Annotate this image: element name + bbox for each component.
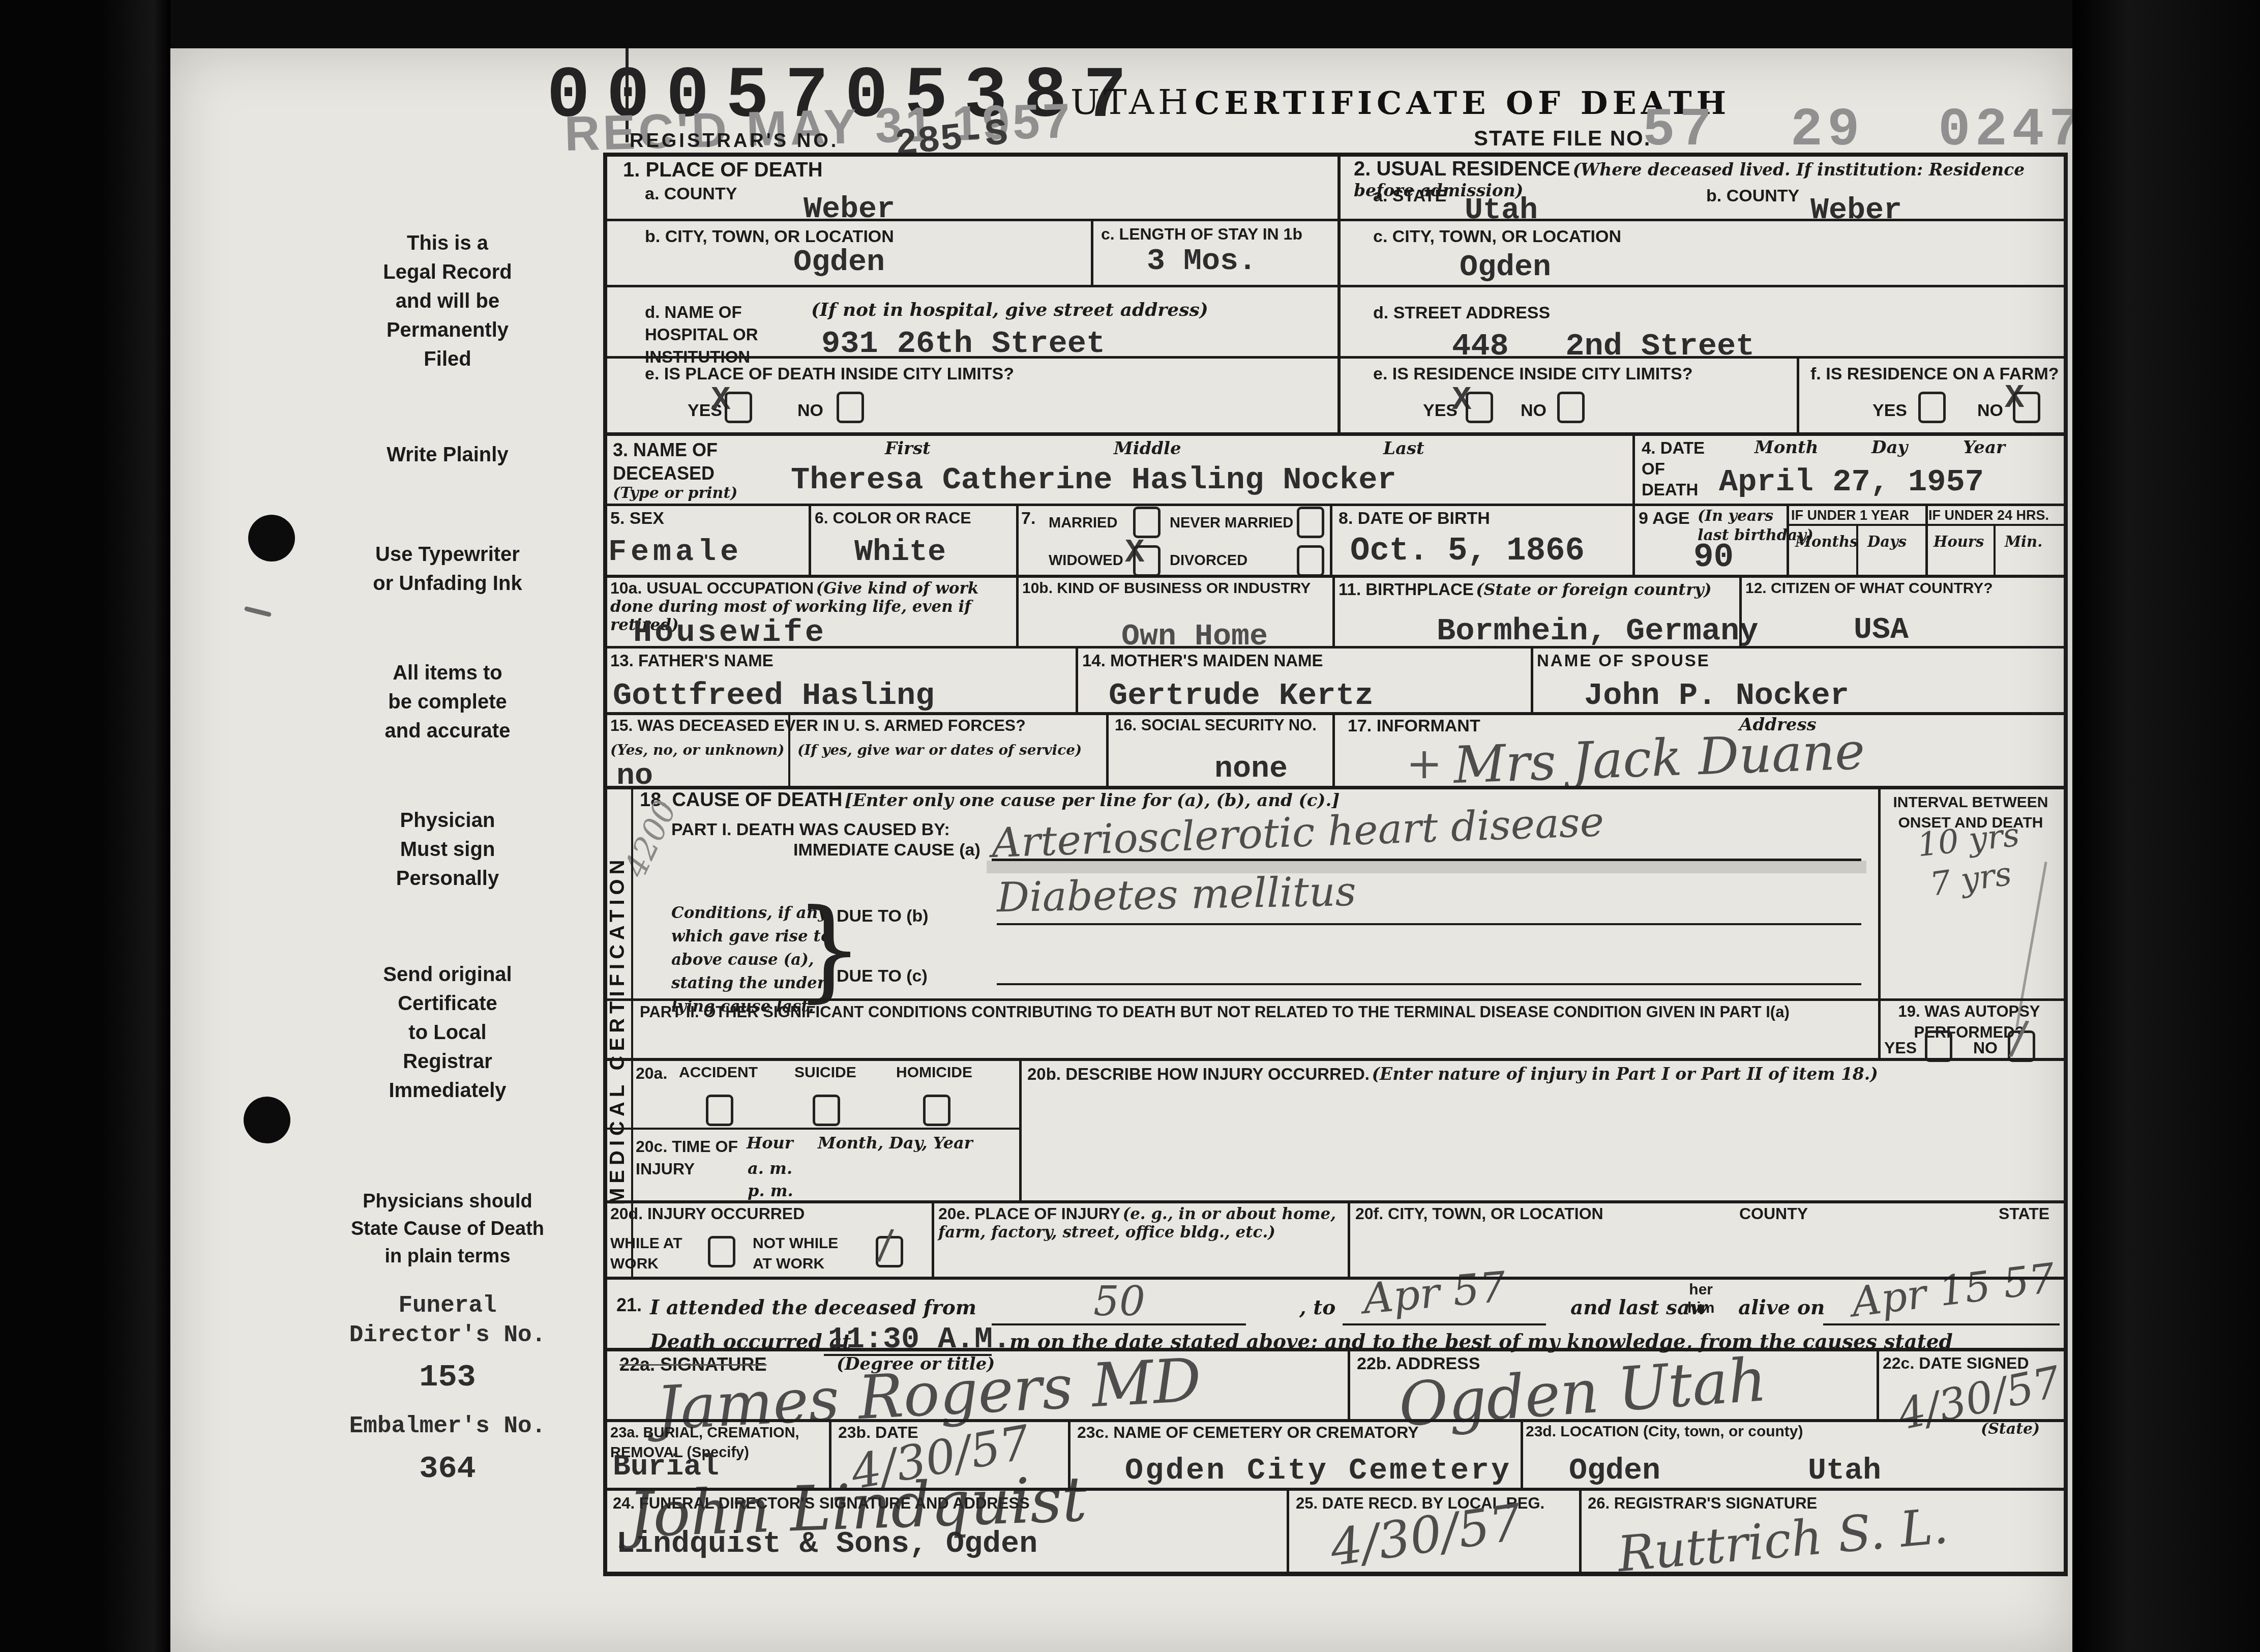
state-file-no-value: 57 29 0247 bbox=[1643, 100, 2086, 161]
s20b-note: (Enter nature of injury in Part I or Par… bbox=[1372, 1064, 1878, 1084]
s3-note: (Type or print) bbox=[613, 484, 737, 502]
s13-value: Gottfreed Hasling bbox=[613, 677, 935, 714]
grid-line bbox=[603, 1348, 2068, 1351]
s20c-am-label: a. m. bbox=[748, 1159, 792, 1178]
scanned-death-certificate: 0005705387 REC'D MAY 31 1957 REGISTRAR'S… bbox=[0, 0, 2260, 1652]
grid-line bbox=[1632, 504, 1635, 575]
s20d-notwhile-label: NOT WHILE AT WORK bbox=[753, 1233, 838, 1274]
margin-note-typewriter: Use Typewriter or Unfading Ink bbox=[305, 540, 590, 598]
scanner-border-left bbox=[0, 0, 170, 1652]
funeral-directors-no-value: 153 bbox=[290, 1359, 605, 1395]
s7-married-label: MARRIED bbox=[1049, 515, 1117, 532]
s10a-value: Housewife bbox=[633, 614, 826, 651]
s9-under1yr-label: IF UNDER 1 YEAR bbox=[1791, 508, 1909, 523]
spouse-label: NAME OF SPOUSE bbox=[1537, 651, 1710, 670]
s2b-label: b. COUNTY bbox=[1706, 186, 1799, 206]
grid-line bbox=[1106, 712, 1109, 786]
s7-widowed-checkbox bbox=[1133, 545, 1161, 577]
margin-note-complete: All items to be complete and accurate bbox=[305, 659, 590, 746]
grid-line bbox=[1016, 504, 1019, 575]
margin-note-write-plainly: Write Plainly bbox=[305, 444, 590, 466]
grid-line bbox=[1348, 1348, 1350, 1419]
s21-him-label: him bbox=[1687, 1299, 1714, 1317]
s9-hours-label: Hours bbox=[1934, 533, 1984, 550]
s11-label-block: 11. BIRTHPLACE (State or foreign country… bbox=[1339, 580, 1735, 599]
s11-label: 11. BIRTHPLACE bbox=[1339, 580, 1474, 599]
s11-value: Bormhein, Germany bbox=[1437, 613, 1759, 649]
s18-part1-label: PART I. DEATH WAS CAUSED BY: bbox=[671, 820, 950, 840]
grid-line bbox=[603, 1277, 2068, 1280]
s2d-value: 448 2nd Street bbox=[1452, 328, 1755, 364]
embalmers-no-value: 364 bbox=[290, 1451, 605, 1487]
hole-punch bbox=[244, 1097, 290, 1143]
grid-line bbox=[1579, 1488, 1582, 1572]
grid-line bbox=[603, 1200, 2068, 1203]
grid-line bbox=[1531, 646, 1533, 712]
s1e-yes-checkbox bbox=[725, 392, 752, 423]
s23d-label: 23d. LOCATION (City, town, or county) bbox=[1526, 1423, 1803, 1440]
grid-line bbox=[829, 1419, 831, 1488]
grid-line bbox=[809, 504, 811, 575]
s26-label: 26. REGISTRAR'S SIGNATURE bbox=[1588, 1494, 1817, 1513]
s20f-county-label: COUNTY bbox=[1739, 1204, 1808, 1223]
s15-note2: (If yes, give war or dates of service) bbox=[797, 742, 1082, 758]
grid-line bbox=[1877, 1348, 1879, 1419]
registrar-no-label: REGISTRAR'S NO. bbox=[630, 130, 839, 152]
s20e-label: 20e. PLACE OF INJURY bbox=[938, 1204, 1120, 1223]
margin-note-plain-terms: Physicians should State Cause of Death i… bbox=[290, 1188, 605, 1270]
s9-days-label: Days bbox=[1867, 533, 1907, 550]
s20e-label-block: 20e. PLACE OF INJURY (e. g., in or about… bbox=[938, 1204, 1340, 1242]
s3-first-label: First bbox=[885, 438, 931, 459]
s12-value: USA bbox=[1854, 613, 1909, 647]
s2f-no-checkbox bbox=[2013, 392, 2040, 423]
s1b-value: Ogden bbox=[793, 245, 885, 280]
s2e-no-label: NO bbox=[1521, 401, 1547, 421]
cause-a-underline bbox=[992, 859, 1861, 861]
s2c-value: Ogden bbox=[1460, 250, 1551, 285]
s2d-label: d. STREET ADDRESS bbox=[1373, 303, 1550, 323]
scanner-border-top bbox=[0, 0, 2260, 48]
s10a-label: 10a. USUAL OCCUPATION bbox=[610, 579, 814, 597]
grid-line bbox=[605, 1128, 1019, 1130]
grid-line bbox=[1068, 1419, 1070, 1488]
s20d-while-label: WHILE AT WORK bbox=[610, 1233, 682, 1274]
grid-line bbox=[605, 504, 2065, 506]
due-c-underline bbox=[997, 983, 1861, 985]
s9-under24-label: IF UNDER 24 HRS. bbox=[1928, 508, 2049, 523]
s20a-accident-label: ACCIDENT bbox=[679, 1064, 758, 1081]
grid-line bbox=[1337, 153, 1341, 432]
s5-label: 5. SEX bbox=[610, 509, 664, 528]
s12-label: 12. CITIZEN OF WHAT COUNTRY? bbox=[1745, 580, 1993, 597]
grid-line bbox=[1878, 786, 1881, 1058]
margin-note-send-original: Send original Certificate to Local Regis… bbox=[305, 960, 590, 1105]
grid-line bbox=[1332, 712, 1335, 786]
s1b-label: b. CITY, TOWN, OR LOCATION bbox=[645, 227, 894, 247]
s19-yes-label: YES bbox=[1884, 1039, 1917, 1057]
s1e-no-label: NO bbox=[797, 401, 823, 421]
grid-line bbox=[605, 998, 2065, 1001]
state-file-no-label: STATE FILE NO. bbox=[1474, 126, 1651, 151]
grid-line bbox=[1287, 1488, 1289, 1572]
s23d-city-value: Ogden bbox=[1569, 1454, 1660, 1488]
grid-line bbox=[605, 219, 2065, 221]
s2f-yes-checkbox bbox=[1918, 392, 1946, 423]
s16-label: 16. SOCIAL SECURITY NO. bbox=[1115, 716, 1317, 734]
s7-divorced-label: DIVORCED bbox=[1170, 552, 1247, 569]
grid-line bbox=[1787, 504, 1789, 575]
due-b-underline bbox=[997, 923, 1861, 925]
grid-line bbox=[1994, 524, 1996, 575]
s6-label: 6. COLOR OR RACE bbox=[815, 509, 971, 527]
grid-line bbox=[1521, 1419, 1523, 1488]
s4-value: April 27, 1957 bbox=[1719, 464, 1984, 500]
grid-line bbox=[1332, 575, 1335, 646]
grid-line bbox=[932, 1200, 934, 1277]
grid-line bbox=[603, 1058, 2068, 1061]
grid-line bbox=[1797, 356, 1799, 432]
s20f-state-label: STATE bbox=[1999, 1204, 2049, 1223]
grid-line bbox=[2064, 153, 2068, 1572]
s20a-homicide-label: HOMICIDE bbox=[896, 1064, 972, 1081]
s21-her-him-stack: her him bbox=[1687, 1281, 1714, 1317]
grid-line bbox=[603, 432, 2068, 436]
s3-label: 3. NAME OF DECEASED bbox=[613, 438, 718, 485]
s2e-no-checkbox bbox=[1557, 392, 1585, 423]
grid-line bbox=[603, 153, 2068, 157]
grid-line bbox=[1739, 575, 1742, 646]
s20c-mdy-label: Month, Day, Year bbox=[818, 1133, 973, 1153]
s1e-no-checkbox bbox=[837, 392, 864, 423]
grid-line bbox=[1348, 1200, 1350, 1277]
grid-line bbox=[605, 285, 2065, 287]
s21-her-label: her bbox=[1687, 1281, 1714, 1299]
s20c-label: 20c. TIME OF INJURY bbox=[636, 1135, 738, 1180]
certificate-title: UTAH CERTIFICATE OF DEATH bbox=[1070, 82, 1731, 123]
s1d-note: (If not in hospital, give street address… bbox=[811, 299, 1208, 320]
s13-label: 13. FATHER'S NAME bbox=[610, 651, 774, 670]
funeral-directors-no-label: Funeral Director's No. bbox=[290, 1291, 605, 1350]
s21-to-label: , to bbox=[1299, 1296, 1335, 1319]
grid-line bbox=[1856, 524, 1858, 575]
s2-title: 2. USUAL RESIDENCE bbox=[1354, 158, 1570, 180]
s2f-yes-label: YES bbox=[1872, 401, 1907, 421]
s20a-suicide-label: SUICIDE bbox=[794, 1064, 856, 1081]
s20a-homicide-checkbox bbox=[923, 1095, 950, 1126]
s2e-yes-checkbox bbox=[1466, 392, 1493, 423]
s20d-label: 20d. INJURY OCCURRED bbox=[610, 1204, 805, 1223]
grid-line bbox=[1091, 219, 1093, 285]
grid-line bbox=[788, 712, 790, 786]
s3-last-label: Last bbox=[1383, 438, 1424, 459]
s20c-hour-label: Hour bbox=[747, 1133, 793, 1153]
s17-informant-mark: + bbox=[1406, 739, 1442, 789]
s10b-label: 10b. KIND OF BUSINESS OR INDUSTRY bbox=[1022, 580, 1311, 597]
s7-never-married-label: NEVER MARRIED bbox=[1170, 515, 1293, 532]
grid-line bbox=[603, 153, 607, 1572]
s23c-label: 23c. NAME OF CEMETERY OR CREMATORY bbox=[1077, 1423, 1419, 1442]
grid-line bbox=[1076, 646, 1078, 712]
s18-due-c-label: DUE TO (c) bbox=[837, 966, 928, 986]
grid-line bbox=[603, 786, 2068, 789]
hole-punch bbox=[248, 515, 295, 562]
grid-line bbox=[1632, 432, 1635, 504]
grid-line bbox=[631, 786, 633, 1277]
scanner-border-right bbox=[2072, 0, 2260, 1652]
s7-divorced-checkbox bbox=[1297, 545, 1324, 577]
s11-note: (State or foreign country) bbox=[1476, 580, 1711, 599]
s14-label: 14. MOTHER'S MAIDEN NAME bbox=[1082, 651, 1323, 670]
s18-title-note: [Enter only one cause per line for (a), … bbox=[845, 790, 1340, 811]
grid-line bbox=[603, 575, 2068, 578]
s2c-label: c. CITY, TOWN, OR LOCATION bbox=[1373, 227, 1621, 247]
s20c-pm-label: p. m. bbox=[748, 1181, 793, 1200]
s21-time-value: 11:30 A.M. bbox=[828, 1322, 1011, 1357]
s4-month-label: Month bbox=[1755, 437, 1818, 458]
s4-year-label: Year bbox=[1963, 437, 2005, 458]
s2a-label: a. STATE bbox=[1373, 186, 1446, 206]
grid-line bbox=[603, 712, 2068, 715]
s16-value: none bbox=[1214, 752, 1288, 786]
s21-lastsaw-label: and last saw bbox=[1570, 1296, 1707, 1319]
s1a-label: a. COUNTY bbox=[645, 184, 737, 204]
s7-widowed-label: WIDOWED bbox=[1049, 552, 1123, 569]
s20a-num: 20a. bbox=[636, 1064, 667, 1083]
s2f-no-label: NO bbox=[1977, 401, 2003, 421]
s9-label: 9 AGE bbox=[1639, 509, 1690, 528]
s1c-label: c. LENGTH OF STAY IN 1b bbox=[1101, 225, 1302, 244]
s1a-value: Weber bbox=[804, 192, 895, 227]
s5-value: Female bbox=[608, 535, 742, 570]
s15-note1: (Yes, no, or unknown) bbox=[610, 742, 784, 758]
s20a-accident-checkbox bbox=[706, 1095, 733, 1126]
s20b-label-block: 20b. DESCRIBE HOW INJURY OCCURRED. (Ente… bbox=[1027, 1064, 2044, 1084]
grid-line bbox=[603, 1419, 2068, 1422]
s19-yes-checkbox bbox=[1925, 1030, 1952, 1062]
s18-part2-label: PART II. OTHER SIGNIFICANT CONDITIONS CO… bbox=[640, 1003, 1860, 1021]
margin-note-physician-sign: Physician Must sign Personally bbox=[305, 806, 590, 893]
s20b-label: 20b. DESCRIBE HOW INJURY OCCURRED. bbox=[1027, 1065, 1370, 1083]
s7-married-checkbox bbox=[1133, 507, 1161, 538]
s21-num: 21. bbox=[616, 1294, 642, 1316]
s8-value: Oct. 5, 1866 bbox=[1350, 533, 1585, 570]
grid-line bbox=[1925, 504, 1928, 575]
grid-line bbox=[605, 646, 2065, 648]
spouse-value: John P. Nocker bbox=[1584, 677, 1849, 714]
s7-never-married-checkbox bbox=[1297, 507, 1324, 538]
s20f-label: 20f. CITY, TOWN, OR LOCATION bbox=[1355, 1204, 1603, 1223]
s1-title: 1. PLACE OF DEATH bbox=[623, 159, 823, 182]
s17-label: 17. INFORMANT bbox=[1348, 716, 1480, 736]
s23d-state-value: Utah bbox=[1808, 1454, 1881, 1488]
s21-to-line bbox=[1343, 1323, 1546, 1325]
s21-alive-label: alive on bbox=[1738, 1296, 1825, 1319]
embalmers-no-label: Embalmer's No. bbox=[290, 1413, 605, 1439]
s1c-value: 3 Mos. bbox=[1147, 244, 1257, 279]
s3-value: Theresa Catherine Hasling Nocker bbox=[791, 462, 1396, 498]
s23d-state-note: (State) bbox=[1981, 1420, 2040, 1438]
s9-months-label: Months bbox=[1795, 533, 1858, 550]
s18-immediate-label: IMMEDIATE CAUSE (a) bbox=[793, 840, 980, 860]
grid-line bbox=[1019, 1058, 1022, 1200]
s20a-suicide-checkbox bbox=[813, 1095, 840, 1126]
s21-attended-label: I attended the deceased from bbox=[650, 1296, 976, 1319]
s18-due-b-label: DUE TO (b) bbox=[837, 906, 929, 926]
s1e-label: e. IS PLACE OF DEATH INSIDE CITY LIMITS? bbox=[645, 364, 1014, 384]
grid-line bbox=[1330, 504, 1332, 575]
grid-line bbox=[603, 1572, 2068, 1576]
s3-middle-label: Middle bbox=[1114, 438, 1181, 459]
s2a-value: Utah bbox=[1465, 193, 1538, 228]
s14-value: Gertrude Kertz bbox=[1109, 677, 1374, 714]
s9-min-label: Min. bbox=[2005, 533, 2042, 550]
title-utah: UTAH bbox=[1070, 82, 1192, 123]
s23c-value: Ogden City Cemetery bbox=[1125, 1454, 1511, 1488]
s9-value: 90 bbox=[1693, 538, 1734, 576]
s2e-label: e. IS RESIDENCE INSIDE CITY LIMITS? bbox=[1373, 364, 1692, 384]
s4-label: 4. DATE OF DEATH bbox=[1642, 437, 1705, 500]
grid-line bbox=[605, 356, 2065, 359]
s10b-value: Own Home bbox=[1121, 619, 1268, 654]
s4-day-label: Day bbox=[1871, 437, 1908, 458]
s6-value: White bbox=[854, 535, 946, 570]
grid-line bbox=[603, 1488, 2068, 1491]
s21-from-value: 50 bbox=[1093, 1278, 1145, 1325]
s18-cause-a2-value: Diabetes mellitus bbox=[996, 868, 1356, 921]
s15-label: 15. WAS DECEASED EVER IN U. S. ARMED FOR… bbox=[610, 716, 1026, 735]
s20d-while-checkbox bbox=[708, 1236, 735, 1267]
grid-line bbox=[1016, 575, 1019, 646]
s7-num: 7. bbox=[1021, 509, 1035, 528]
margin-note-legal-record: This is a Legal Record and will be Perma… bbox=[305, 229, 590, 374]
s8-label: 8. DATE OF BIRTH bbox=[1339, 509, 1490, 528]
s19-no-label: NO bbox=[1973, 1039, 1998, 1057]
s2b-value: Weber bbox=[1810, 193, 1902, 228]
s18-title-block: 18. CAUSE OF DEATH [Enter only one cause… bbox=[640, 789, 1340, 811]
